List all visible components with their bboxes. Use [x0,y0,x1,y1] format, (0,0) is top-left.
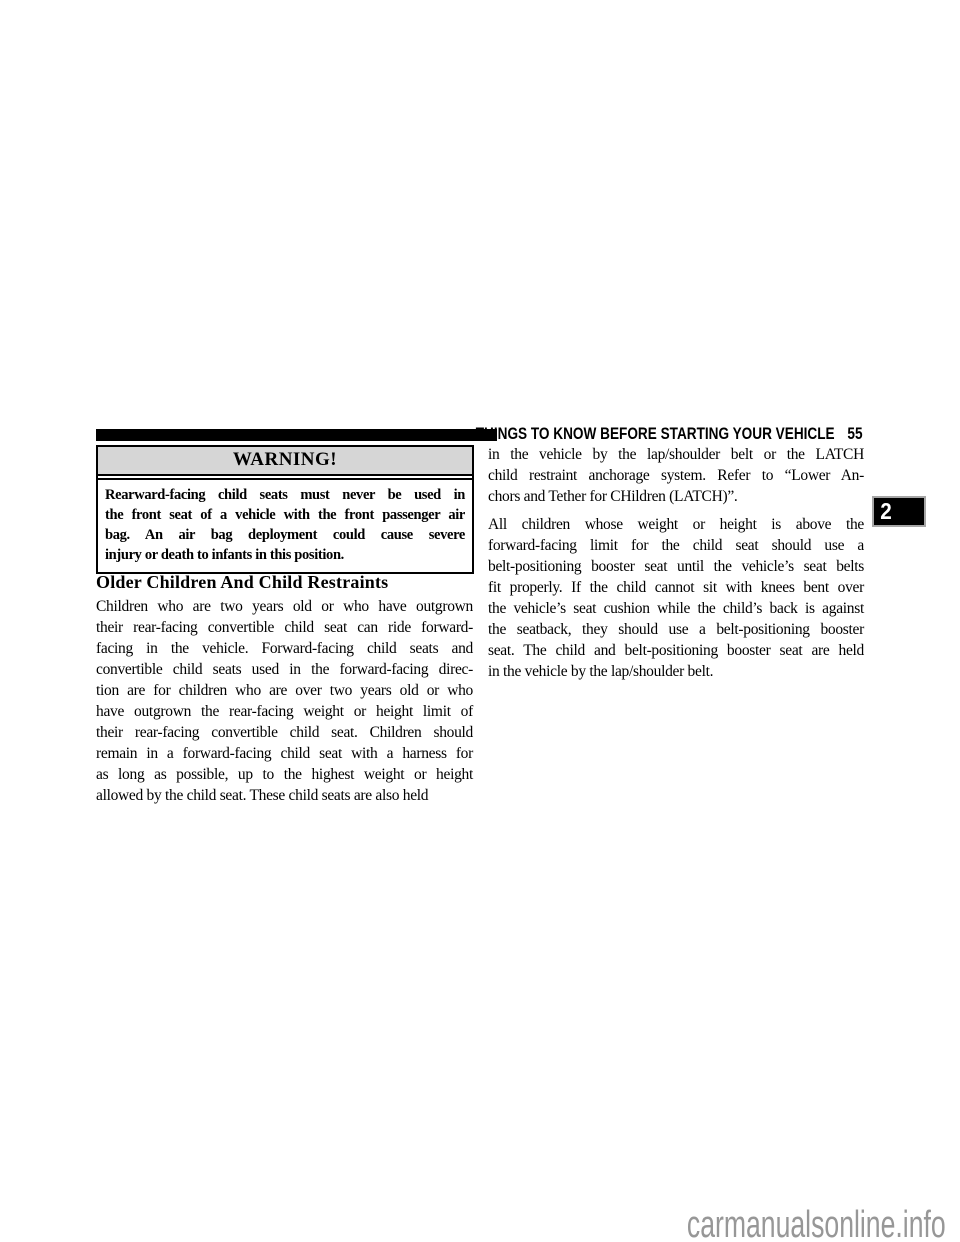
text-line: injury or death to infants in this posit… [105,545,465,565]
page-number: 55 [848,425,863,443]
text-line: in the vehicle by the lap/shoulder belt … [488,444,864,465]
text-line: the front seat of a vehicle with the fro… [105,505,465,525]
text-line: tion are for children who are over two y… [96,680,473,701]
text-line: the vehicle’s seat cushion while the chi… [488,598,864,619]
right-column-paragraph-1: in the vehicle by the lap/shoulder belt … [488,444,864,507]
text-line: child restraint anchorage system. Refer … [488,465,864,486]
running-header: THINGS TO KNOW BEFORE STARTING YOUR VEHI… [476,425,863,443]
warning-box-body: Rearward-facing child seats must never b… [98,478,472,572]
text-line: facing in the vehicle. Forward-facing ch… [96,638,473,659]
text-line: as long as possible, up to the highest w… [96,764,473,785]
watermark-text: carmanualsonline.info [687,1206,946,1242]
text-line: belt-positioning booster seat until the … [488,556,864,577]
text-line: Rearward-facing child seats must never b… [105,485,465,505]
header-rule-bar [96,429,497,441]
text-line: Children who are two years old or who ha… [96,596,473,617]
text-line: fit properly. If the child cannot sit wi… [488,577,864,598]
text-line: bag. An air bag deployment could cause s… [105,525,465,545]
text-line: chors and Tether for CHildren (LATCH)”. [488,486,864,507]
text-line: the seatback, they should use a belt-pos… [488,619,864,640]
right-column-paragraph-2: All children whose weight or height is a… [488,514,864,682]
text-line: forward-facing limit for the child seat … [488,535,864,556]
section-heading: Older Children And Child Restraints [96,572,388,593]
text-line: seat. The child and belt-positioning boo… [488,640,864,661]
text-line: convertible child seats used in the forw… [96,659,473,680]
running-header-title: THINGS TO KNOW BEFORE STARTING YOUR VEHI… [476,425,835,443]
text-line: All children whose weight or height is a… [488,514,864,535]
text-line: allowed by the child seat. These child s… [96,785,473,806]
chapter-number: 2 [874,500,892,523]
text-line: in the vehicle by the lap/shoulder belt. [488,661,864,682]
warning-box-title: WARNING! [98,447,472,476]
warning-box: WARNING! Rearward-facing child seats mus… [96,445,474,574]
left-column-paragraph: Children who are two years old or who ha… [96,596,473,806]
manual-page: THINGS TO KNOW BEFORE STARTING YOUR VEHI… [0,0,960,1242]
text-line: their rear-facing convertible child seat… [96,617,473,638]
chapter-tab-badge: 2 [872,496,926,527]
text-line: have outgrown the rear-facing weight or … [96,701,473,722]
text-line: their rear-facing convertible child seat… [96,722,473,743]
text-line: remain in a forward-facing child seat wi… [96,743,473,764]
